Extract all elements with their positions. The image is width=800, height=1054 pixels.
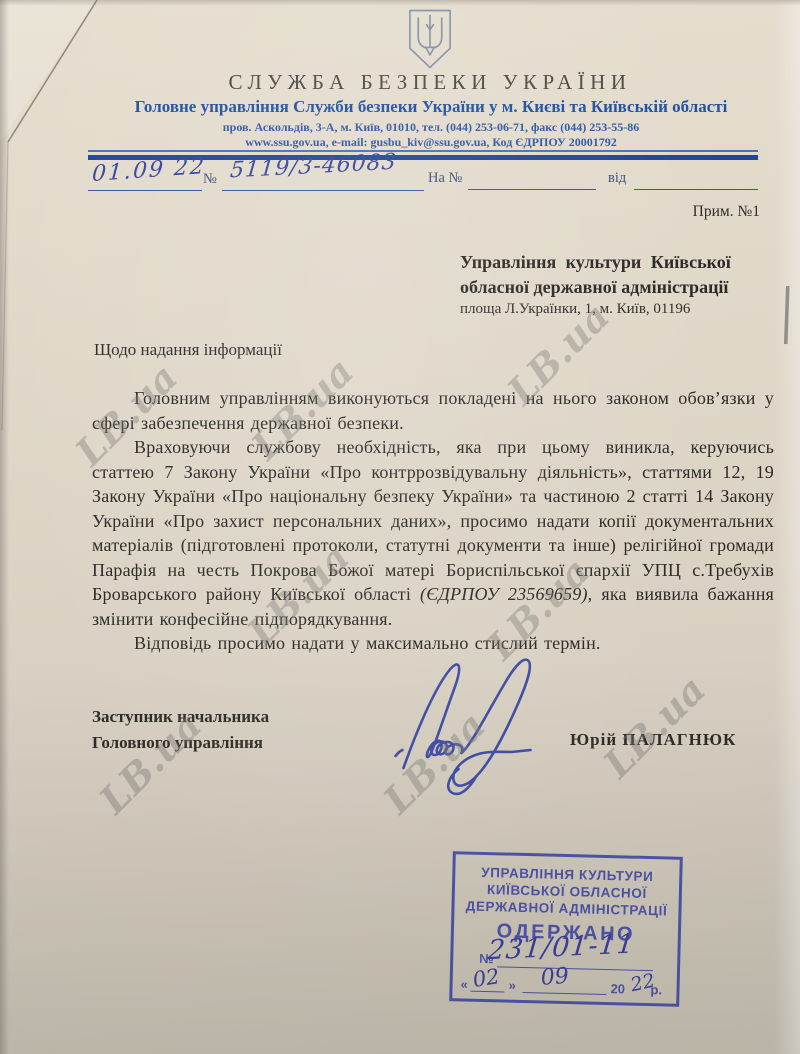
letter-body: Головним управлінням виконуються покладе… (92, 386, 774, 656)
recipient-line1: Управління культури Київської (460, 250, 774, 275)
stamp-year-suffix: р. (650, 982, 662, 997)
stamp-handwritten-month: 09 (540, 964, 570, 991)
org-title: СЛУЖБА БЕЗПЕКИ УКРАЇНИ (0, 70, 800, 95)
signer-position-line2: Головного управління (92, 730, 269, 756)
reply-number-underline (468, 189, 596, 190)
stamp-handwritten-number: 231/01-11 (486, 928, 636, 966)
stamp-date-row: « 02 » 09 20 22 р. (452, 969, 677, 1001)
signer-position: Заступник начальника Головного управлінн… (92, 704, 269, 756)
received-stamp: УПРАВЛІННЯ КУЛЬТУРИ КИЇВСЬКОЇ ОБЛАСНОЇ Д… (449, 851, 683, 1007)
lbua-watermark: LB.ua (594, 667, 714, 787)
reply-to-label: На № (428, 170, 462, 187)
stamp-quote-close: » (508, 978, 516, 993)
org-address-line1: пров. Аскольдів, 3-А, м. Київ, 01010, те… (0, 120, 800, 135)
stamp-month-line (522, 992, 606, 995)
p2-edrpou-italic: (ЄДРПОУ 23569659), (420, 584, 592, 604)
org-subtitle: Головне управління Служби безпеки Україн… (0, 97, 800, 117)
stamp-handwritten-day: 02 (471, 964, 501, 992)
signature-autograph (385, 650, 555, 800)
ukraine-trident-emblem-icon (402, 8, 458, 70)
body-paragraph-1: Головним управлінням виконуються покладе… (92, 386, 774, 435)
from-date-underline (634, 189, 758, 190)
subject-line: Щодо надання інформації (94, 340, 282, 360)
stamp-year-prefix: 20 (610, 981, 625, 996)
p2-text: Враховуючи службову необхідність, яка пр… (92, 437, 774, 604)
from-label: від (608, 170, 626, 187)
scanned-letter-page: СЛУЖБА БЕЗПЕКИ УКРАЇНИ Головне управлінн… (0, 0, 800, 1054)
date-underline (88, 190, 202, 191)
number-underline (222, 190, 424, 191)
copy-number-note: Прим. №1 (560, 203, 760, 221)
signer-position-line1: Заступник начальника (92, 704, 269, 730)
signer-name: Юрій ПАЛАГНЮК (570, 730, 736, 750)
recipient-block: Управління культури Київської обласної д… (460, 250, 774, 318)
stamp-quote-open: « (460, 976, 468, 991)
recipient-address: площа Л.Українки, 1, м. Київ, 01196 (460, 301, 774, 318)
org-address-line2: www.ssu.gov.ua, e-mail: gusbu_kiv@ssu.go… (0, 135, 800, 150)
body-paragraph-2: Враховуючи службову необхідність, яка пр… (92, 435, 774, 631)
recipient-line2: обласної державної адміністрації (460, 275, 774, 300)
